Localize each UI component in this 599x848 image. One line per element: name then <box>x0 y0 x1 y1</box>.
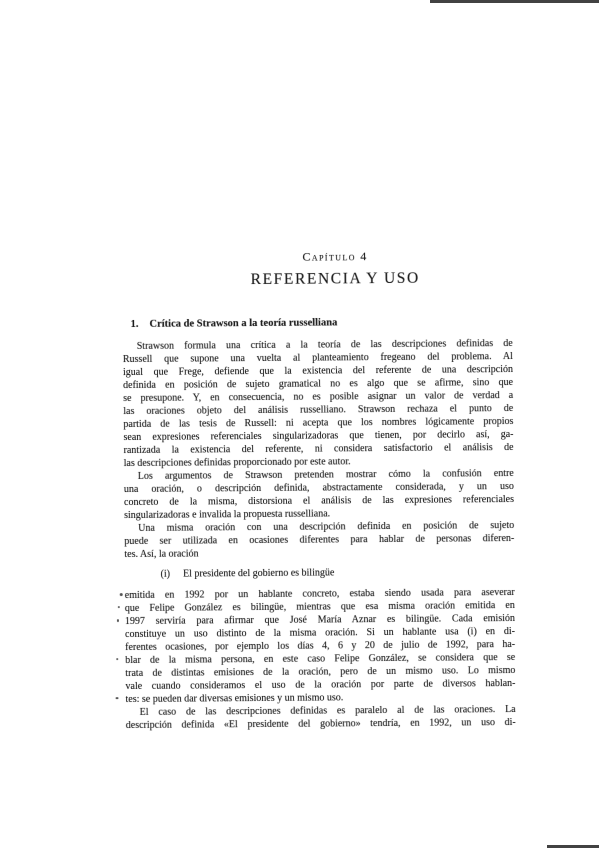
page-content: Capítulo 4 REFERENCIA Y USO 1.Crítica de… <box>0 0 599 848</box>
section-number: 1. <box>131 319 139 330</box>
chapter-label: Capítulo 4 <box>140 248 530 266</box>
ink-speck <box>120 593 123 596</box>
page-title: REFERENCIA Y USO <box>140 269 530 290</box>
body-text: Strawson formula una crítica a la teoría… <box>123 337 516 732</box>
example-label: (i) <box>161 569 171 580</box>
ink-speck <box>118 606 120 608</box>
ink-speck <box>117 619 119 622</box>
section-heading: 1.Crítica de Strawson a la teoría russel… <box>131 316 513 330</box>
ink-speck <box>116 658 118 660</box>
scanned-page: { "scan": { "artifact_color": "#424242",… <box>0 0 599 848</box>
text-line: tes. Así, la oración <box>124 545 514 561</box>
example-text: El presidente del gobierno es bilingüe <box>183 567 334 579</box>
example-sentence: (i)El presidente del gobierno es bilingü… <box>125 565 515 581</box>
section-title: Crítica de Strawson a la teoría russelli… <box>149 317 337 329</box>
text-line: descripción definida «El presidente del … <box>126 716 516 732</box>
ink-speck <box>116 697 119 699</box>
